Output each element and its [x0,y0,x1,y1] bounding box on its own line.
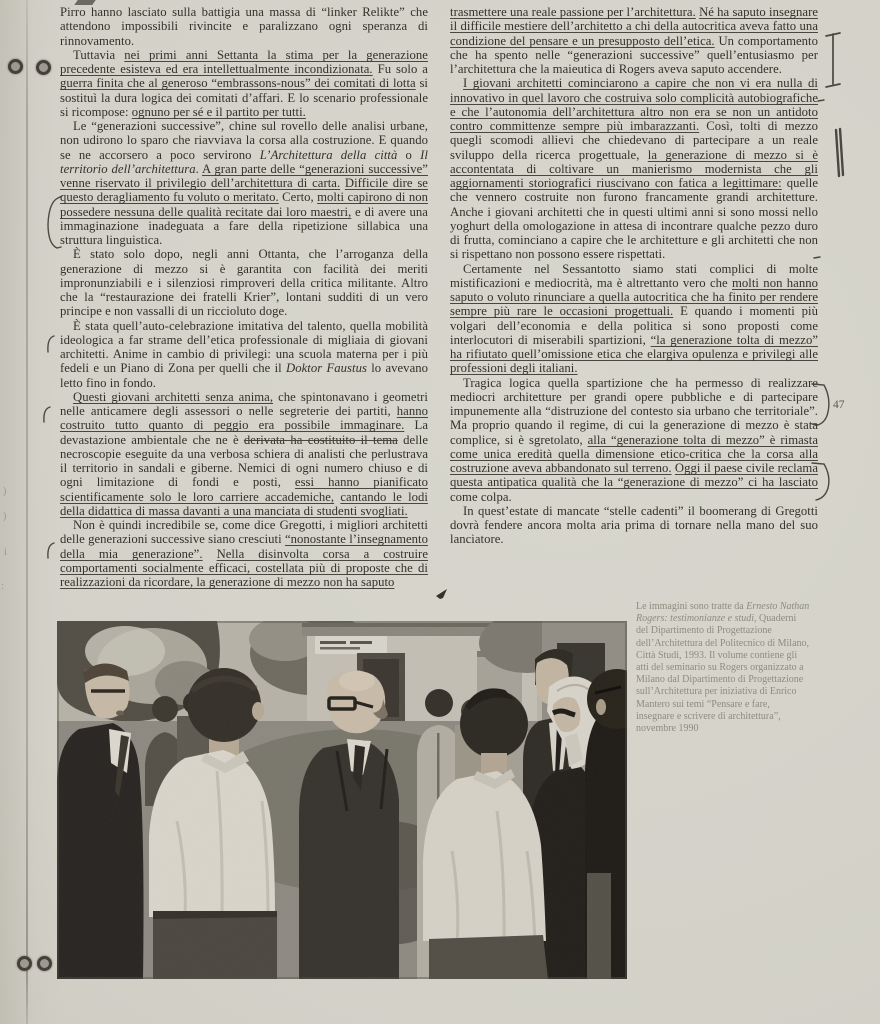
article-left-column: Pirro hanno lasciato sulla battigia una … [60,5,428,589]
text-run: o [397,148,420,162]
paragraph: Tuttavia nei primi anni Settanta la stim… [60,48,428,119]
margin-bleed-mark: ) [3,486,6,497]
photo-grain [57,621,627,979]
text-run [203,547,217,561]
scanned-journal-page: ) ) i : Pirro hanno lasciato sulla batti… [0,0,880,1024]
text-run: Tuttavia [73,48,124,62]
article-right-column: trasmettere una reale passione per l’arc… [450,5,818,547]
paragraph: Non è quindi incredibile se, come dice G… [60,518,428,589]
paragraph: Pirro hanno lasciato sulla battigia una … [60,5,428,48]
text-run: Doktor Faustus [286,361,367,375]
text-run: guerra finita che al generoso “embrasson… [60,76,416,90]
margin-bleed-mark: : [1,581,4,592]
paragraph: Le “generazioni successive”, chine sul r… [60,119,428,247]
text-run: , Quaderni del Dipartimento di Progettaz… [636,613,809,734]
margin-bracket-left-2 [48,336,54,352]
text-run: L’Architettura della città [260,148,398,162]
text-run: Le immagini sono tratte da [636,601,746,612]
margin-bracket-left-3 [44,407,50,422]
text-run: Certo, [279,190,317,204]
paragraph: È stato solo dopo, negli anni Ottanta, c… [60,247,428,318]
text-run: In quest’estate di mancate “stelle caden… [450,504,818,547]
margin-bleed-mark: ) [3,511,6,522]
punch-hole [17,956,32,971]
text-run: ognuno per sé e il partito per tutti. [132,105,306,119]
paragraph: Certamente nel Sessantotto siamo stati c… [450,262,818,376]
punch-hole [37,956,52,971]
paragraph: Tragica logica quella spartizione che ha… [450,376,818,504]
paragraph: trasmettere una reale passione per l’arc… [450,5,818,76]
text-run: come colpa. [450,490,512,504]
paper-fold-line [26,0,28,1024]
margin-ibeam-right [826,33,840,87]
text-run: È stato solo dopo, negli anni Ottanta, c… [60,247,428,318]
margin-double-bar-right [836,129,843,176]
margin-bracket-left-4 [48,543,54,558]
punch-hole [36,60,51,75]
page-number: 47 [833,399,845,411]
group-photo [57,621,627,979]
margin-bleed-mark: i [4,547,7,558]
text-run: trasmettere una reale passione per l’arc… [450,5,696,19]
text-run: Pirro hanno lasciato sulla battigia una … [60,5,428,48]
text-run: Fu solo a [373,62,428,76]
margin-dash-1 [818,100,824,101]
paragraph: Questi giovani architetti senza anima, c… [60,390,428,518]
paragraph: I giovani architetti cominciarono a capi… [450,76,818,261]
text-run: Questi giovani architetti senza anima, [73,390,273,404]
paragraph: In quest’estate di mancate “stelle caden… [450,504,818,547]
paragraph: Le immagini sono tratte da Ernesto Natha… [636,601,810,735]
punch-hole [8,59,23,74]
text-run: derivata ha costituito il tema [244,433,398,447]
paragraph: È stata quell’auto-celebrazione imitativ… [60,319,428,390]
printed-arrow-mark [436,589,447,599]
photo-caption: Le immagini sono tratte da Ernesto Natha… [636,601,810,735]
